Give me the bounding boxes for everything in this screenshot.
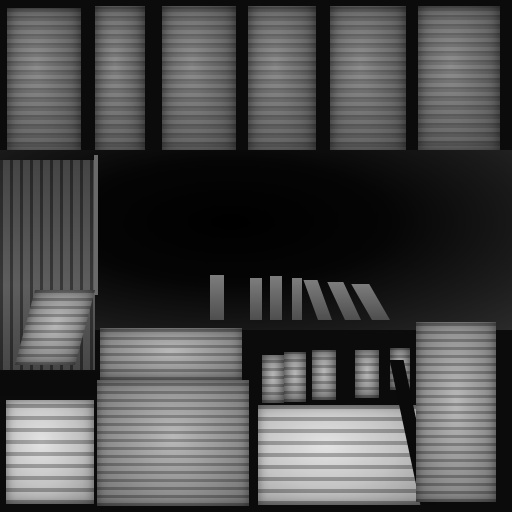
wood-panel-3 — [162, 6, 236, 153]
step-slat — [312, 350, 336, 400]
board-bottom-right — [416, 322, 496, 502]
board-bottom-center — [97, 380, 249, 506]
shadow-gap — [0, 372, 100, 396]
wood-panel-5 — [330, 6, 406, 153]
step-slat — [284, 352, 306, 402]
slat — [270, 276, 282, 320]
image-description: Grayscale photograph of weathered wooden… — [0, 0, 1, 1]
slat — [210, 275, 224, 320]
wood-panel-4 — [248, 6, 316, 153]
step-slat — [262, 355, 284, 403]
slat — [250, 278, 262, 320]
slat — [292, 278, 302, 320]
board-center-top — [100, 328, 242, 380]
wooden-post — [94, 155, 98, 295]
wood-panel-2 — [95, 6, 145, 153]
step-slat — [355, 350, 379, 398]
wood-panel-1 — [7, 8, 81, 153]
photo-scene: Grayscale photograph of weathered wooden… — [0, 0, 512, 512]
board-bottom-left — [6, 400, 94, 504]
wood-panel-6 — [418, 6, 500, 152]
